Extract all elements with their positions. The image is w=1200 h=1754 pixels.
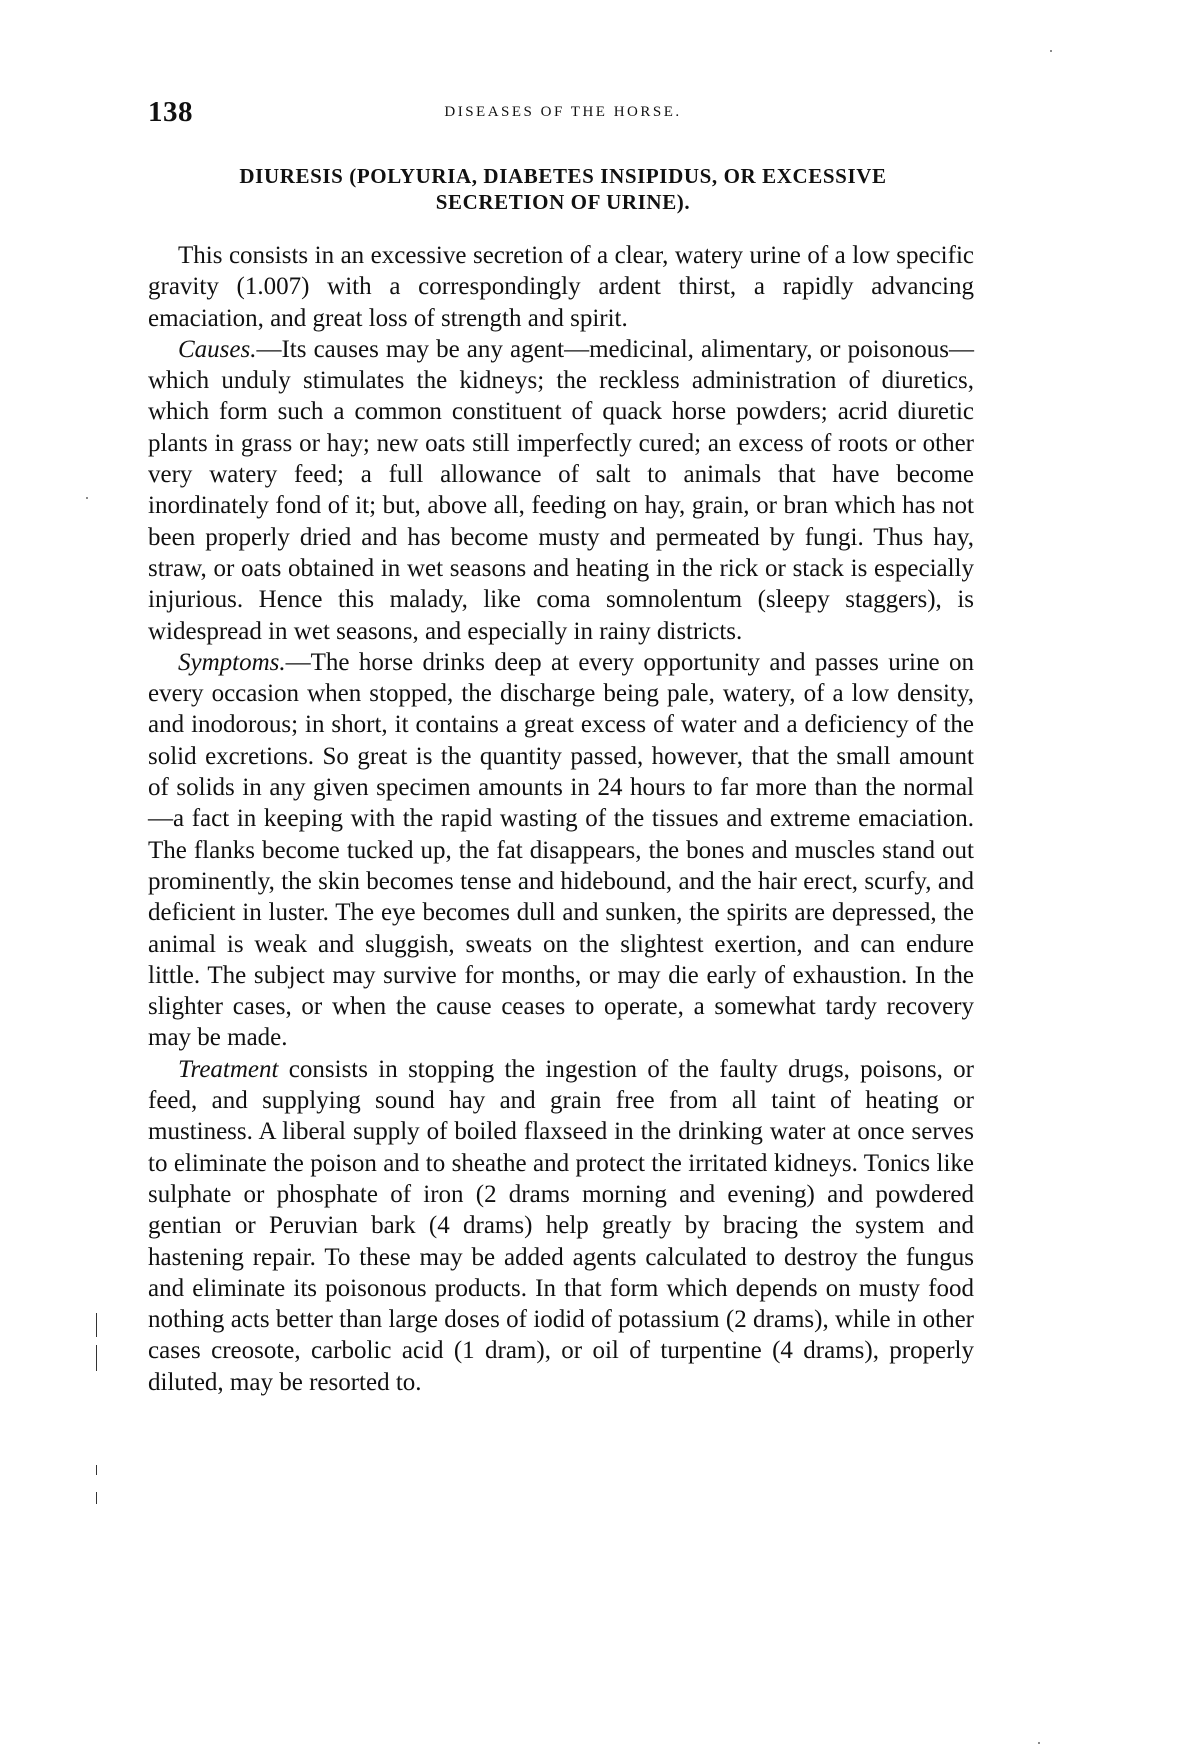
- scan-speck: [1050, 50, 1052, 52]
- paragraph-symptoms-text: —The horse drinks deep at every opportun…: [148, 649, 974, 1052]
- paragraph-treatment: Treatment consists in stopping the inges…: [148, 1054, 974, 1398]
- paragraph-intro-text: This consists in an excessive secretion …: [148, 242, 974, 332]
- scan-speck: [1038, 1742, 1040, 1744]
- margin-mark-4: [96, 1492, 97, 1504]
- margin-mark-3: [96, 1465, 97, 1475]
- margin-mark-1: [96, 1313, 97, 1337]
- book-page: 138 DISEASES OF THE HORSE. DIURESIS (POL…: [0, 0, 1200, 1754]
- chapter-heading-line-1: DIURESIS (POLYURIA, DIABETES INSIPIDUS, …: [148, 163, 978, 189]
- paragraph-causes-text: —Its causes may be any agent—medicinal, …: [148, 336, 974, 645]
- causes-run-in-heading: Causes.: [178, 336, 256, 363]
- running-head: 138 DISEASES OF THE HORSE.: [148, 96, 978, 136]
- margin-mark-2: [96, 1345, 97, 1371]
- scan-speck: [86, 497, 88, 499]
- chapter-heading: DIURESIS (POLYURIA, DIABETES INSIPIDUS, …: [148, 163, 978, 215]
- symptoms-run-in-heading: Symptoms.: [178, 649, 286, 676]
- treatment-run-in-heading: Treatment: [178, 1056, 278, 1083]
- running-title: DISEASES OF THE HORSE.: [148, 104, 978, 121]
- chapter-heading-line-2: SECRETION OF URINE).: [148, 189, 978, 215]
- paragraph-symptoms: Symptoms.—The horse drinks deep at every…: [148, 647, 974, 1054]
- paragraph-treatment-text: consists in stopping the ingestion of th…: [148, 1056, 974, 1396]
- paragraph-causes: Causes.—Its causes may be any agent—medi…: [148, 334, 974, 647]
- body-text: This consists in an excessive secretion …: [148, 240, 974, 1398]
- paragraph-intro: This consists in an excessive secretion …: [148, 240, 974, 334]
